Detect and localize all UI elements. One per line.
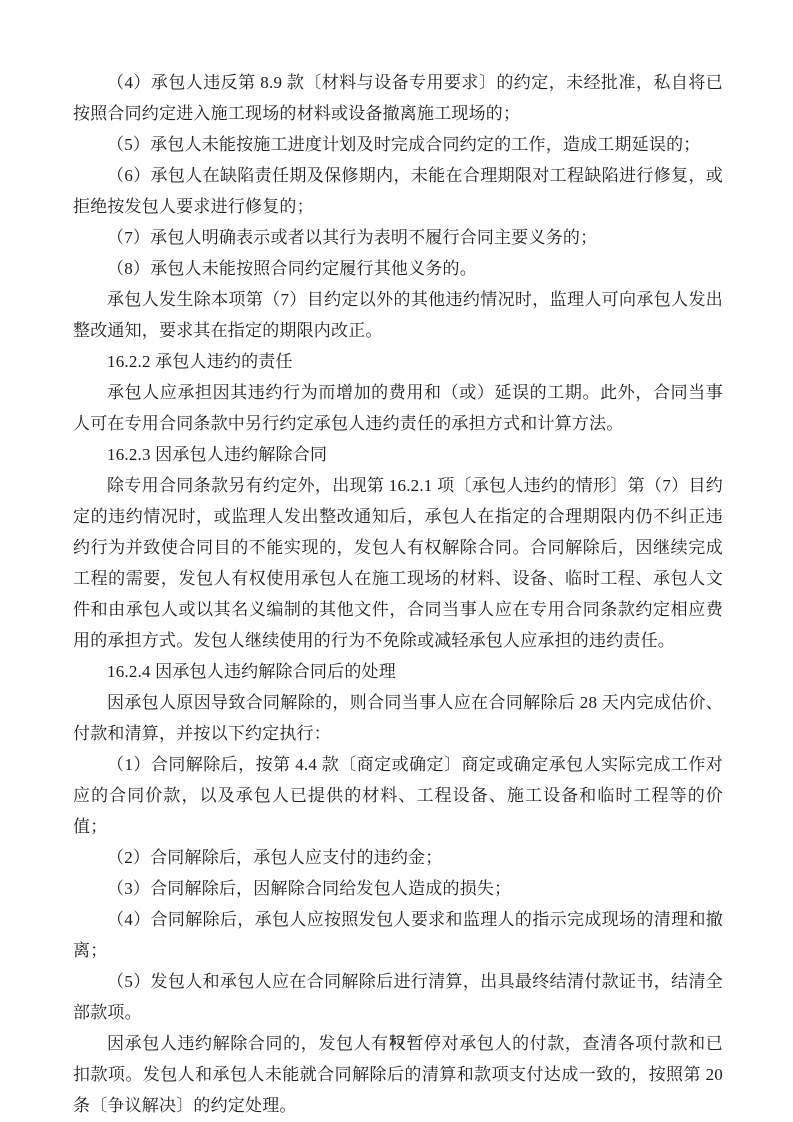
paragraph: （3）合同解除后，因解除合同给发包人造成的损失； <box>73 873 723 904</box>
paragraph: 承包人应承担因其违约行为而增加的费用和（或）延误的工期。此外，合同当事人可在专用… <box>73 377 723 439</box>
paragraph: （7）承包人明确表示或者以其行为表明不履行合同主要义务的； <box>73 222 723 253</box>
paragraph: （4）合同解除后，承包人应按照发包人要求和监理人的指示完成现场的清理和撤离； <box>73 904 723 966</box>
paragraph: （2）合同解除后，承包人应支付的违约金； <box>73 842 723 873</box>
page-number: 55 <box>0 1031 793 1051</box>
paragraph: （6）承包人在缺陷责任期及保修期内，未能在合理期限对工程缺陷进行修复，或拒绝按发… <box>73 160 723 222</box>
paragraph: （5）承包人未能按施工进度计划及时完成合同约定的工作，造成工期延误的； <box>73 129 723 160</box>
paragraph: 除专用合同条款另有约定外，出现第 16.2.1 项〔承包人违约的情形〕第（7）目… <box>73 470 723 656</box>
paragraph: （1）合同解除后，按第 4.4 款〔商定或确定〕商定或确定承包人实际完成工作对应… <box>73 749 723 842</box>
paragraph: 承包人发生除本项第（7）目约定以外的其他违约情况时，监理人可向承包人发出整改通知… <box>73 284 723 346</box>
document-page: （4）承包人违反第 8.9 款〔材料与设备专用要求〕的约定，未经批准，私自将已按… <box>0 0 793 1122</box>
paragraph: 因承包人原因导致合同解除的，则合同当事人应在合同解除后 28 天内完成估价、付款… <box>73 687 723 749</box>
paragraph: （5）发包人和承包人应在合同解除后进行清算，出具最终结清付款证书，结清全部款项。 <box>73 966 723 1028</box>
section-heading: 16.2.3 因承包人违约解除合同 <box>73 439 723 470</box>
section-heading: 16.2.4 因承包人违约解除合同后的处理 <box>73 656 723 687</box>
paragraph: （8）承包人未能按照合同约定履行其他义务的。 <box>73 253 723 284</box>
paragraph: （4）承包人违反第 8.9 款〔材料与设备专用要求〕的约定，未经批准，私自将已按… <box>73 67 723 129</box>
section-heading: 16.2.2 承包人违约的责任 <box>73 346 723 377</box>
document-body: （4）承包人违反第 8.9 款〔材料与设备专用要求〕的约定，未经批准，私自将已按… <box>73 67 723 1121</box>
